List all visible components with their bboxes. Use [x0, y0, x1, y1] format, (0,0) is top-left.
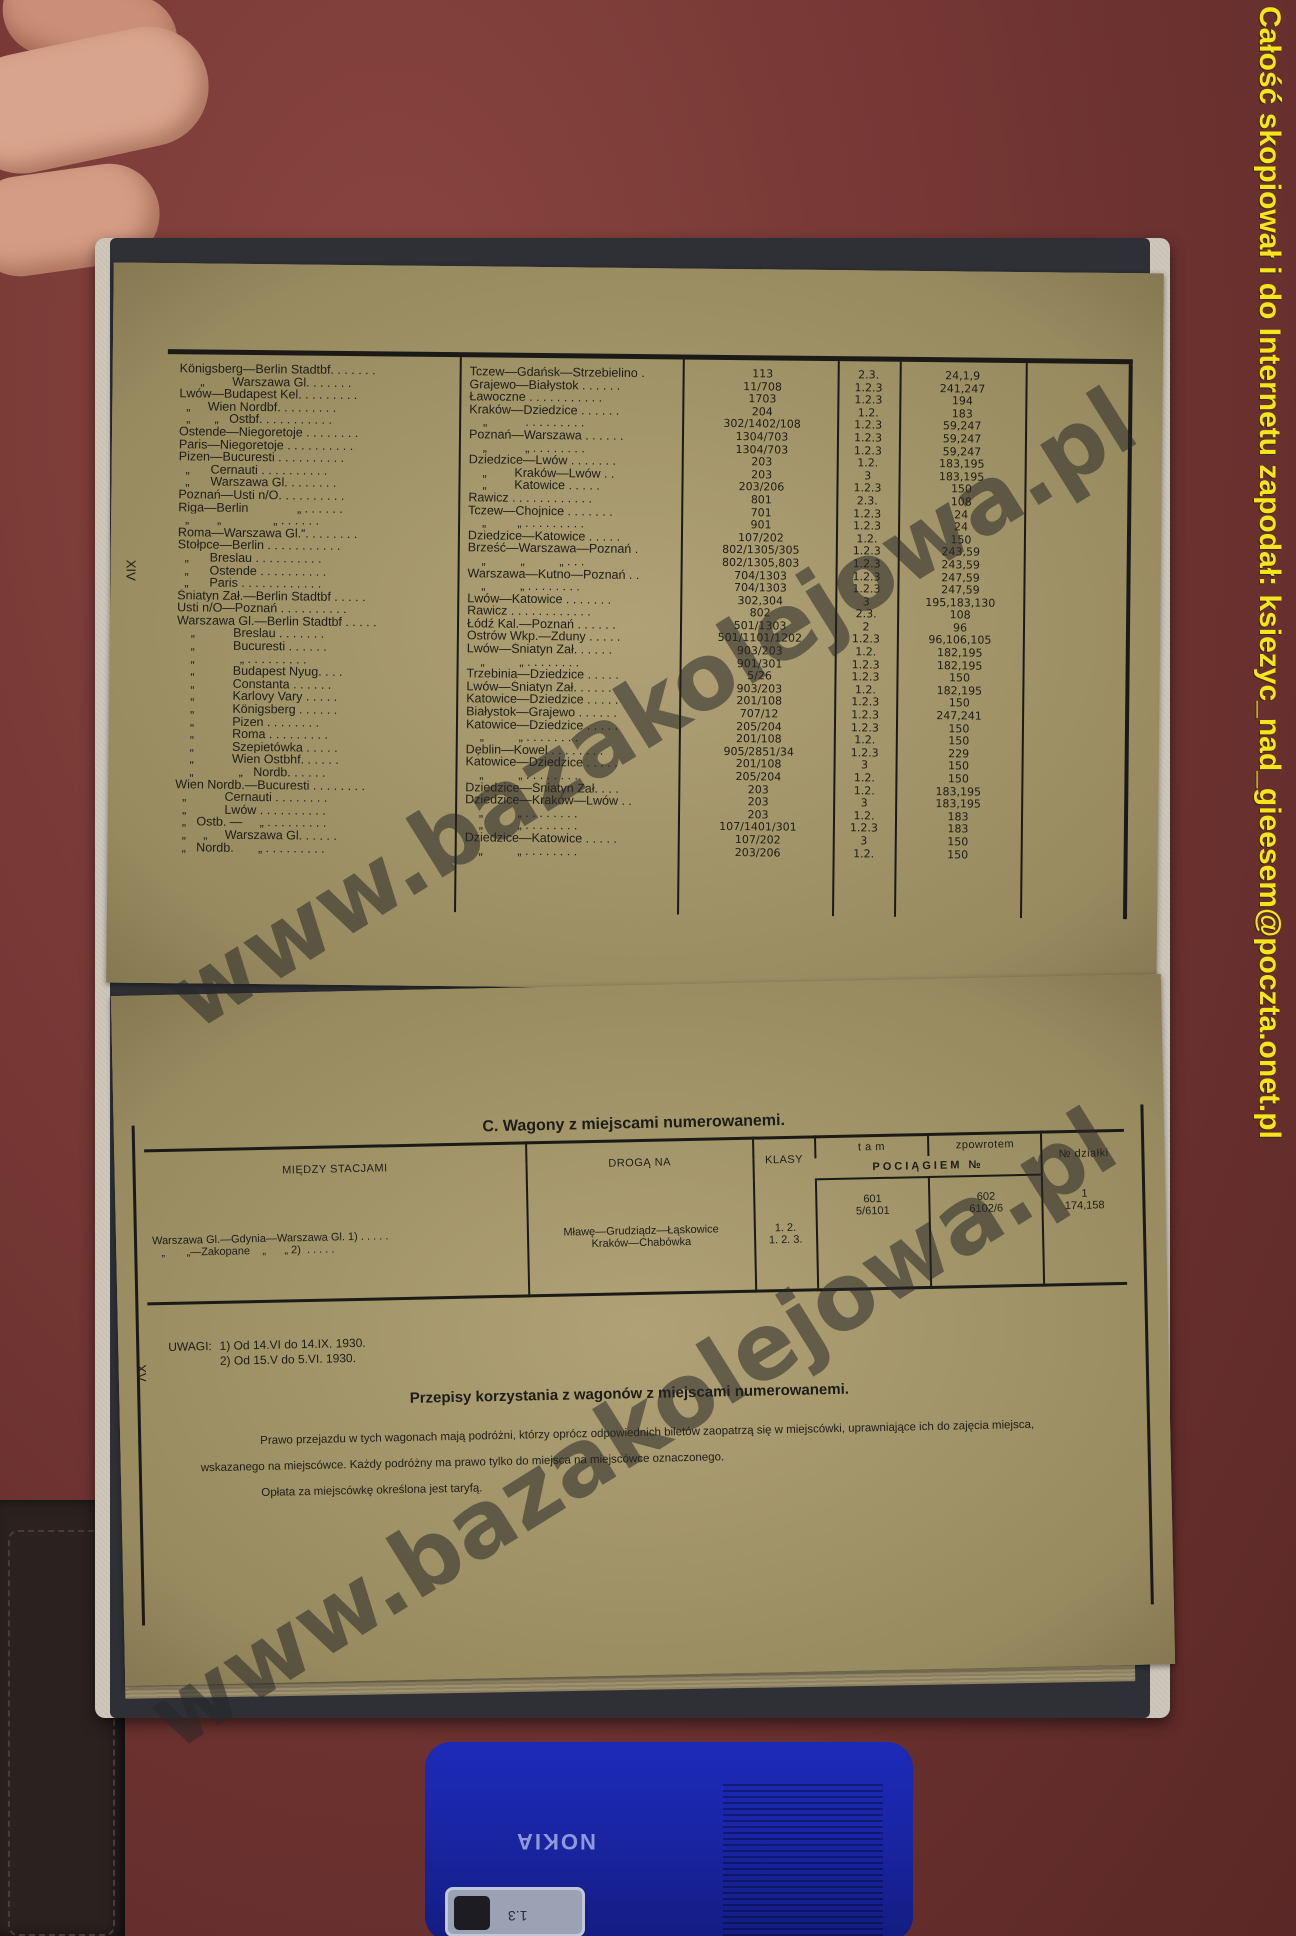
class-value: 1.2.3	[836, 709, 894, 722]
wagon-number: 96,106,105	[900, 634, 1020, 648]
wagon-number: 182,195	[900, 659, 1020, 673]
wagon-number: 150	[899, 672, 1019, 686]
class-value: 1.2.3	[836, 697, 894, 710]
train-return: 6102/6	[936, 1202, 1036, 1216]
wagon-number: 150	[901, 483, 1021, 497]
wagon-number: 241,247	[902, 382, 1022, 396]
class-value: 1.2.3	[836, 747, 894, 760]
class-value: 1.2.3	[838, 520, 896, 533]
wagon-number: 229	[899, 748, 1019, 762]
wagon-number: 182,195	[900, 647, 1020, 661]
phone-brand: NOKIA	[515, 1828, 596, 1854]
class-value: 1.2.	[839, 407, 897, 420]
note-item: 2) Od 15.V do 5.VI. 1930.	[220, 1351, 366, 1369]
wagon-number: 150	[898, 773, 1018, 787]
header-section-no: № działki	[1041, 1130, 1124, 1174]
wagon-number: 108	[901, 496, 1021, 510]
nokia-phone: NOKIA 1.3	[425, 1742, 913, 1936]
wagon-number: 243,59	[901, 559, 1021, 573]
class-value: 1.2.3	[838, 508, 896, 521]
class-value: 3	[837, 596, 895, 609]
wagon-number: 108	[900, 609, 1020, 623]
class-value: 1.2.3	[839, 432, 897, 445]
class-value: 1.2.3	[835, 822, 893, 835]
wagon-column: 24,1,9241,24719418359,24759,24759,247183…	[898, 370, 1023, 862]
header-route: DROGĄ NA	[526, 1138, 754, 1185]
wagon-number: 247,59	[900, 584, 1020, 598]
wagon-number: 183,195	[898, 785, 1018, 799]
class-value: 1.2.3	[836, 722, 894, 735]
usage-rules: Przepisy korzystania z wagonów z miejsca…	[199, 1376, 1061, 1507]
column-divider	[454, 357, 462, 912]
page-number: XIV	[123, 560, 138, 581]
wagon-number: 243,59	[901, 546, 1021, 560]
wagon-number: 183,195	[898, 798, 1018, 812]
train-there: 5/6101	[823, 1204, 923, 1218]
route-entry: „ „ . . . . . . . .	[465, 844, 675, 859]
wagon-number: 247,59	[900, 571, 1020, 585]
wagon-number: 183,195	[902, 471, 1022, 485]
header-classes: KLASY	[753, 1137, 816, 1181]
rules-title: Przepisy korzystania z wagonów z miejsca…	[199, 1376, 1059, 1411]
notes: UWAGI: 1) Od 14.VI do 14.IX. 1930. 2) Od…	[168, 1336, 366, 1370]
class-value: 2.3.	[840, 369, 898, 382]
wagon-number: 150	[899, 697, 1019, 711]
timetable-table: Königsberg—Berlin Stadtbf. . . . . . . „…	[162, 349, 1133, 919]
class-value: 1.2.	[835, 785, 893, 798]
class-value: 1.2.3	[837, 583, 895, 596]
class-value: 1.2.	[835, 810, 893, 823]
class-value: 1.2.3	[837, 659, 895, 672]
class-value: 1.2.	[835, 772, 893, 785]
wagon-number: 24	[901, 521, 1021, 535]
class-value: 1.2.3	[839, 394, 897, 407]
reserved-seats-table: MIĘDZY STACJAMI DROGĄ NA KLASY t a m zpo…	[144, 1129, 1127, 1305]
stations-column: Königsberg—Berlin Stadtbf. . . . . . . „…	[175, 362, 440, 856]
wagon-number: 183	[898, 811, 1018, 825]
reserved-seats-section: C. Wagony z miejscami numerowanemi. MIĘD…	[143, 1095, 1127, 1305]
wagon-number: 182,195	[899, 685, 1019, 699]
class-value: 3	[835, 797, 893, 810]
class-column: 2.3.1.2.31.2.31.2.1.2.31.2.31.2.31.2.31.…	[835, 369, 898, 861]
class-value: 3	[839, 470, 897, 483]
notes-label: UWAGI:	[168, 1339, 216, 1355]
header-there: t a m	[815, 1134, 929, 1158]
table-row: Warszawa Gl.—Gdynia—Warszawa Gl. 1) . . …	[145, 1173, 1127, 1303]
wagon-number: 150	[898, 760, 1018, 774]
class-value: 1. 2. 3.	[762, 1234, 810, 1247]
table-border	[1123, 364, 1133, 919]
class-value: 1.2.3	[839, 445, 897, 458]
train-number-column: 11311/7081703204302/1402/1081304/7031304…	[683, 368, 838, 861]
class-value: 1.2.	[839, 457, 897, 470]
wagon-number: 195,183,130	[900, 596, 1020, 610]
class-value: 1.2.3	[837, 634, 895, 647]
camera-label: 1.3	[508, 1908, 527, 1924]
class-value: 2.3.	[837, 608, 895, 621]
class-value: 1.2.3	[839, 420, 897, 433]
class-value: 1.2.	[835, 848, 893, 861]
wagon-number: 183	[902, 408, 1022, 422]
wagon-number: 150	[899, 722, 1019, 736]
class-value: 1.2.3	[838, 545, 896, 558]
class-value: 1.2.	[837, 646, 895, 659]
class-value: 2.3.	[838, 495, 896, 508]
train-number: 203/206	[683, 846, 833, 860]
wagon-number: 150	[901, 533, 1021, 547]
wagon-number: 59,247	[902, 433, 1022, 447]
wagon-number: 24	[901, 508, 1021, 522]
class-value: 1.2.3	[839, 382, 897, 395]
class-value: 1.2.	[836, 684, 894, 697]
class-value: 1.2.3	[838, 558, 896, 571]
wagon-number: 59,247	[902, 420, 1022, 434]
side-caption: Całość skopiował i do Internetu zapodał:…	[1246, 6, 1290, 1386]
class-value: 1. 2.	[761, 1222, 809, 1235]
class-value: 1.2.3	[837, 571, 895, 584]
class-value: 3	[836, 760, 894, 773]
wagon-number: 24,1,9	[903, 370, 1023, 384]
wagon-number: 183	[898, 823, 1018, 837]
page-xiv: XIV Königsberg—Berlin Stadtbf. . . . . .…	[106, 263, 1163, 994]
route-column: Tczew—Gdańsk—Strzebielino .Grajewo—Biały…	[465, 365, 680, 858]
page-xv: XV C. Wagony z miejscami numerowanemi. M…	[111, 974, 1175, 1686]
class-value: 1.2.3	[836, 671, 894, 684]
class-value: 3	[835, 835, 893, 848]
wagon-number: 247,241	[899, 710, 1019, 724]
camera-icon: 1.3	[445, 1887, 585, 1936]
speaker-grill	[723, 1782, 883, 1936]
wagon-number: 150	[899, 735, 1019, 749]
wagon-number: 150	[898, 836, 1018, 850]
station-pair: „ Nordb. „ . . . . . . . . .	[175, 841, 435, 856]
wagon-number: 194	[902, 395, 1022, 409]
class-value: 1.2.3	[838, 482, 896, 495]
wagon-number: 96	[900, 622, 1020, 636]
header-return: zpowrotem	[928, 1132, 1042, 1156]
class-value: 1.2.	[838, 533, 896, 546]
wagon-number: 150	[898, 848, 1018, 862]
wagon-number: 183,195	[902, 458, 1022, 472]
uploader-credit: Całość skopiował i do Internetu zapodał:…	[1252, 6, 1286, 1139]
class-value: 1.2.	[836, 734, 894, 747]
page-rule	[1140, 1104, 1153, 1604]
wagon-number: 59,247	[902, 445, 1022, 459]
class-value: 2	[837, 621, 895, 634]
section-value: 174,158	[1050, 1199, 1120, 1212]
